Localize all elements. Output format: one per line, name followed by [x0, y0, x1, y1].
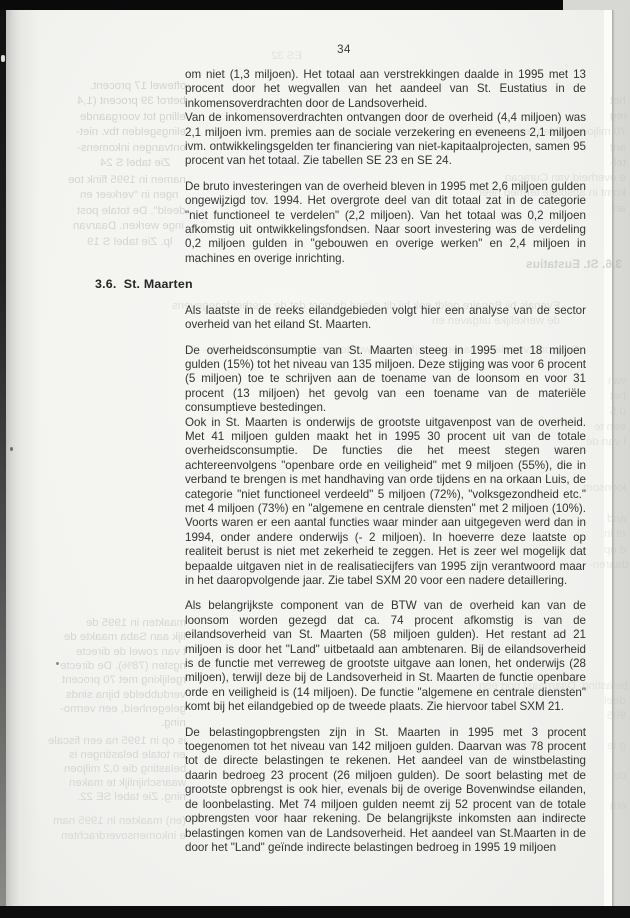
- paragraph-verstrekkingen: om niet (1,3 miljoen). Het totaal aan ve…: [185, 68, 586, 111]
- scanner-band-top: [0, 0, 563, 10]
- paragraph-bruto-investeringen: De bruto investeringen van de overheid b…: [185, 180, 586, 266]
- paragraph-intro-st-maarten: Als laatste in de reeks eilandgebieden v…: [185, 304, 586, 333]
- ink-speck: [56, 662, 59, 665]
- adjacent-page-strip: [612, 10, 630, 906]
- paragraph-onderwijs-uitgaven: Ook in St. Maarten is onderwijs de groot…: [185, 416, 586, 589]
- page-binding-curvature: [6, 10, 40, 906]
- section-heading: 3.6. St. Maarten: [95, 277, 586, 291]
- scanner-band-bottom: [0, 906, 630, 918]
- scanned-document-screenshot: { "page": { "number": "34" }, "section":…: [0, 0, 630, 918]
- page-edge-right-highlight: [604, 10, 612, 906]
- scanner-frame: ES 32oftewel 17 procent.betrof 39 procen…: [0, 0, 630, 918]
- paragraph-inkomensoverdrachten: Van de inkomensoverdrachten ontvangen do…: [185, 111, 586, 169]
- paragraph-belastingopbrengsten: De belastingopbrengsten zijn in St. Maar…: [185, 726, 586, 856]
- ink-speck: [10, 447, 13, 451]
- paragraph-loonsom-btw: Als belangrijkste component van de BTW v…: [185, 599, 586, 714]
- text-column: om niet (1,3 miljoen). Het totaal aan ve…: [185, 68, 586, 866]
- scan-nick: [1, 55, 5, 62]
- page-number: 34: [322, 44, 366, 56]
- paragraph-overheidsconsumptie: De overheidsconsumptie van St. Maarten s…: [185, 344, 586, 416]
- scanner-corner-top-right: [563, 0, 630, 10]
